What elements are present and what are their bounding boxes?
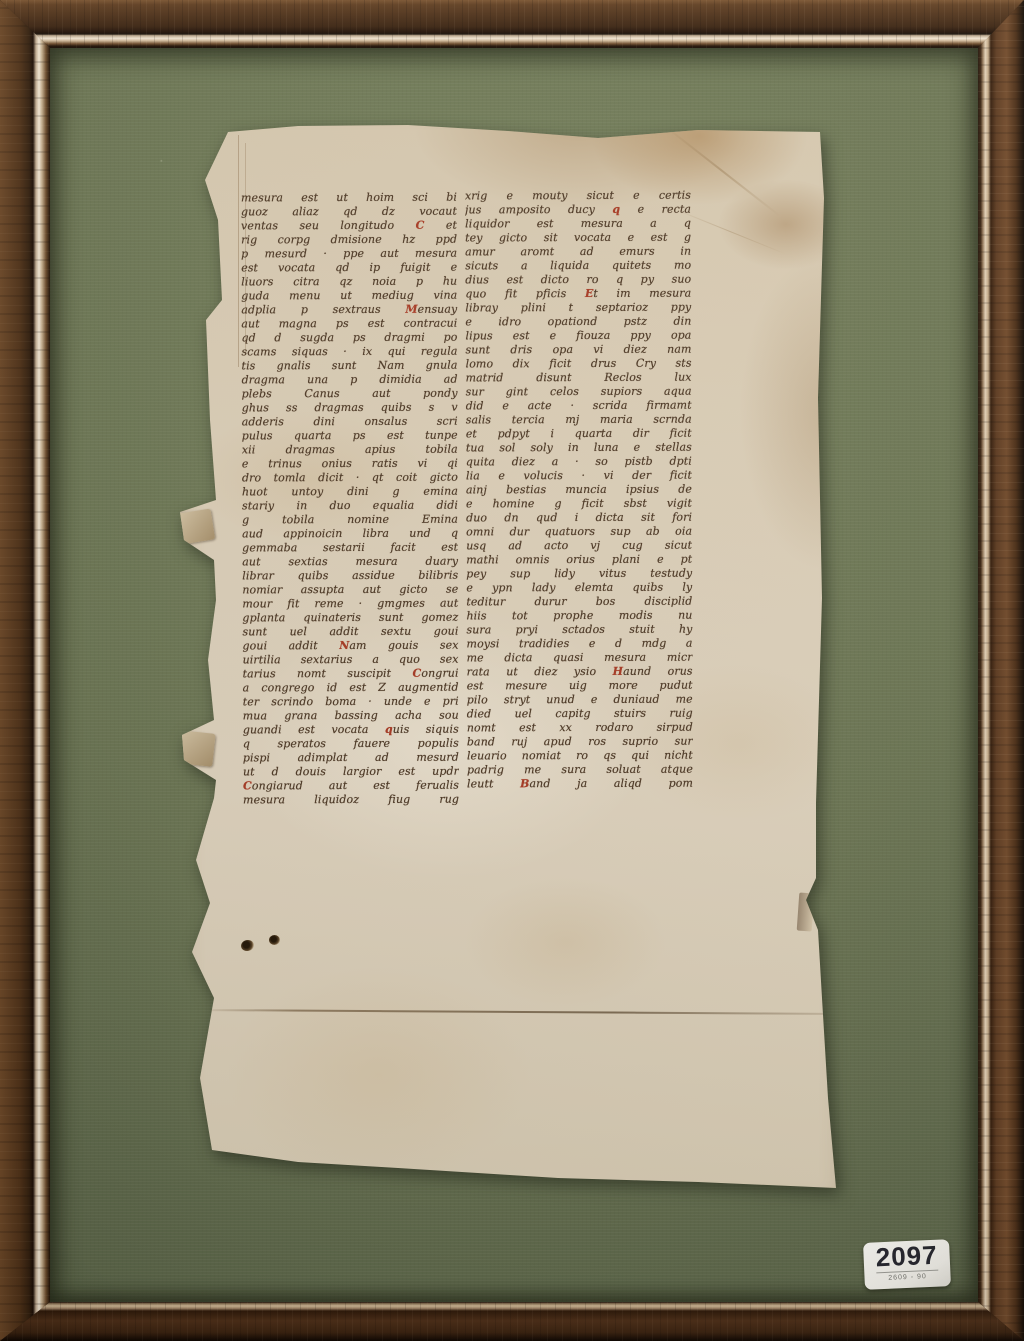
picture-frame-right-rail — [978, 0, 1024, 1341]
rubric-initial: q — [385, 723, 393, 736]
manuscript-line: padrig me sura soluat atque — [467, 763, 693, 778]
manuscript-line: leuario nomiat ro qs qui nicht — [467, 749, 693, 764]
manuscript-line: lomo dix ficit drus Cry sts — [466, 357, 692, 372]
manuscript-line: sunt dris opa vi diez nam — [465, 343, 691, 358]
manuscript-line: aut magna ps est contracui — [241, 317, 457, 332]
manuscript-line: tey gicto sit vocata e est g — [465, 231, 691, 246]
manuscript-line: salis tercia mj maria scrnda — [466, 413, 692, 428]
manuscript-line: ter scrindo boma · unde e pri — [243, 695, 459, 710]
manuscript-line: quita diez a · so pistb dpti — [466, 455, 692, 470]
picture-frame-bottom-rail — [0, 1302, 1024, 1341]
manuscript-line: pilo stryt unud e duniaud me — [467, 693, 693, 708]
rubric-initial: E — [585, 287, 594, 300]
manuscript-line: libray plini t septarioz ppy — [465, 301, 691, 316]
manuscript-line: huot untoy dini g emina — [242, 485, 458, 500]
text-column-right: xrig e mouty sicut e certisjus amposito … — [465, 189, 693, 792]
manuscript-line: pulus quarta ps est tunpe — [242, 429, 458, 444]
manuscript-line: lia e volucis · vi der ficit — [466, 469, 692, 484]
manuscript-line: quo fit pficis Et im mesura — [465, 287, 691, 302]
manuscript-line: guoz aliaz qd dz vocaut — [241, 205, 457, 220]
parchment-surface: mesura est ut hoim sci biguoz aliaz qd d… — [178, 103, 846, 1207]
manuscript-line: ventas seu longitudo C et — [241, 219, 457, 234]
manuscript-line: e idro opationd pstz din — [465, 315, 691, 330]
manuscript-line: e trinus onius ratis vi qi — [242, 457, 458, 472]
manuscript-line: me dicta quasi mesura micr — [467, 651, 693, 666]
manuscript-line: jus amposito ducy q e recta — [465, 203, 691, 218]
manuscript-leaf: mesura est ut hoim sci biguoz aliaz qd d… — [178, 103, 846, 1207]
manuscript-line: omni dur quatuors sup ab oia — [466, 525, 692, 540]
manuscript-line: q speratos fauere populis — [243, 737, 459, 752]
manuscript-line: tis gnalis sunt Nam gnula — [242, 359, 458, 374]
manuscript-line: leutt Band ja aliqd pom — [467, 777, 693, 792]
manuscript-line: stariy in duo equalia didi — [242, 499, 458, 514]
mat-board: mesura est ut hoim sci biguoz aliaz qd d… — [50, 48, 978, 1302]
manuscript-line: ainj bestias muncia ipsius de — [466, 483, 692, 498]
manuscript-line: goui addit Nam gouis sex — [242, 639, 458, 654]
manuscript-line: est mesure uig more pudut — [467, 679, 693, 694]
manuscript-line: mour fit reme · gmgmes aut — [242, 597, 458, 612]
right-edge-fold — [797, 893, 815, 932]
rubric-initial: H — [613, 665, 624, 678]
torn-edge-tab — [176, 730, 215, 767]
rubric-initial: M — [405, 303, 417, 316]
manuscript-line: e homine g ficit sbst vigit — [466, 497, 692, 512]
manuscript-line: mesura liquidoz fiug rug — [243, 793, 459, 808]
manuscript-line: dragma una p dimidia ad — [242, 373, 458, 388]
manuscript-line: sunt uel addit sextu goui — [242, 625, 458, 640]
manuscript-line: xrig e mouty sicut e certis — [465, 189, 691, 204]
manuscript-line: gplanta quinateris sunt gomez — [242, 611, 458, 626]
manuscript-line: adderis dini onsalus scri — [242, 415, 458, 430]
manuscript-line: et pdpyt i quarta dir ficit — [466, 427, 692, 442]
manuscript-line: p mesurd · ppe aut mesura — [241, 247, 457, 262]
text-column-left: mesura est ut hoim sci biguoz aliaz qd d… — [241, 191, 459, 808]
manuscript-line: dro tomla dicit · qt coit gicto — [242, 471, 458, 486]
manuscript-line: hiis tot prophe modis nu — [466, 609, 692, 624]
manuscript-line: pispi adimplat ad mesurd — [243, 751, 459, 766]
manuscript-line: a congrego id est Z augmentid — [243, 681, 459, 696]
manuscript-line: xii dragmas apius tobila — [242, 443, 458, 458]
manuscript-line: e ypn lady elemta quibs ly — [466, 581, 692, 596]
sewing-hole — [269, 935, 280, 945]
manuscript-line: mua grana bassing acha sou — [243, 709, 459, 724]
manuscript-line: scams siquas · ix qui regula — [241, 345, 457, 360]
rubric-initial: N — [339, 639, 349, 652]
manuscript-line: est vocata qd ip fuigit e — [241, 261, 457, 276]
manuscript-line: dius est dicto ro q py suo — [465, 273, 691, 288]
rubric-initial: C — [413, 667, 422, 680]
manuscript-line: guandi est vocata quis siquis — [243, 723, 459, 738]
manuscript-line: did e acte · scrida firmamt — [466, 399, 692, 414]
manuscript-line: liuors citra qz noia p hu — [241, 275, 457, 290]
manuscript-line: g tobila nomine Emina — [242, 513, 458, 528]
manuscript-line: uirtilia sextarius a quo sex — [243, 653, 459, 668]
manuscript-line: pey sup lidy vitus testudy — [466, 567, 692, 582]
manuscript-line: gemmaba sestarii facit est — [242, 541, 458, 556]
manuscript-line: Congiarud aut est ferualis — [243, 779, 459, 794]
manuscript-line: teditur durur bos disciplid — [466, 595, 692, 610]
picture-frame-left-rail — [0, 0, 50, 1341]
manuscript-line: aut sextias mesura duary — [242, 555, 458, 570]
torn-edge-tab — [177, 509, 215, 545]
manuscript-line: guda menu ut mediug vina — [241, 289, 457, 304]
manuscript-line: ut d douis largior est updr — [243, 765, 459, 780]
manuscript-line: aud appinoicin libra und q — [242, 527, 458, 542]
manuscript-line: rig corpg dmisione hz ppd — [241, 233, 457, 248]
manuscript-line: matrid disunt Reclos lux — [466, 371, 692, 386]
manuscript-line: nomt est xx rodaro sirpud — [467, 721, 693, 736]
manuscript-line: sura pryi sctados stuit hy — [466, 623, 692, 638]
manuscript-line: sicuts a liquida quitets mo — [465, 259, 691, 274]
manuscript-line: duo dn qud i dicta sit fori — [466, 511, 692, 526]
manuscript-line: band ruj apud ros suprio sur — [467, 735, 693, 750]
sewing-hole — [240, 939, 255, 952]
manuscript-line: mesura est ut hoim sci bi — [241, 191, 457, 206]
manuscript-line: nomiar assupta aut gicto se — [242, 583, 458, 598]
manuscript-line: lipus est e fiouza ppy opa — [465, 329, 691, 344]
manuscript-line: adplia p sextraus Mensuay — [241, 303, 457, 318]
manuscript-line: sur gint celos supiors aqua — [466, 385, 692, 400]
manuscript-line: amur aromt ad emurs in — [465, 245, 691, 260]
manuscript-line: librar quibs assidue bilibris — [242, 569, 458, 584]
manuscript-line: ghus ss dragmas quibs s v — [242, 401, 458, 416]
manuscript-line: mathi omnis orius plani e pt — [466, 553, 692, 568]
manuscript-line: died uel capitg stuirs ruig — [467, 707, 693, 722]
manuscript-line: qd d sugda ps dragmi po — [241, 331, 457, 346]
inventory-number: 2097 — [863, 1240, 950, 1273]
vertical-crease-line — [238, 135, 239, 367]
framed-manuscript-photo: mesura est ut hoim sci biguoz aliaz qd d… — [0, 0, 1024, 1341]
manuscript-line: moysi tradidies e d mdg a — [467, 637, 693, 652]
horizontal-crease-line — [208, 1009, 840, 1015]
manuscript-line: plebs Canus aut pondy — [242, 387, 458, 402]
rubric-initial: C — [243, 779, 252, 792]
manuscript-line: rata ut diez ysio Haund orus — [467, 665, 693, 680]
manuscript-line: liquidor est mesura a q — [465, 217, 691, 232]
manuscript-line: tua sol soly in luna e stellas — [466, 441, 692, 456]
inventory-label: 2097 2609 - 90 — [863, 1239, 951, 1290]
rubric-initial: q — [612, 203, 620, 216]
manuscript-line: tarius nomt suscipit Congrui — [243, 667, 459, 682]
picture-frame-top-rail — [0, 0, 1024, 48]
manuscript-line: usq ad acto vj cug sicut — [466, 539, 692, 554]
